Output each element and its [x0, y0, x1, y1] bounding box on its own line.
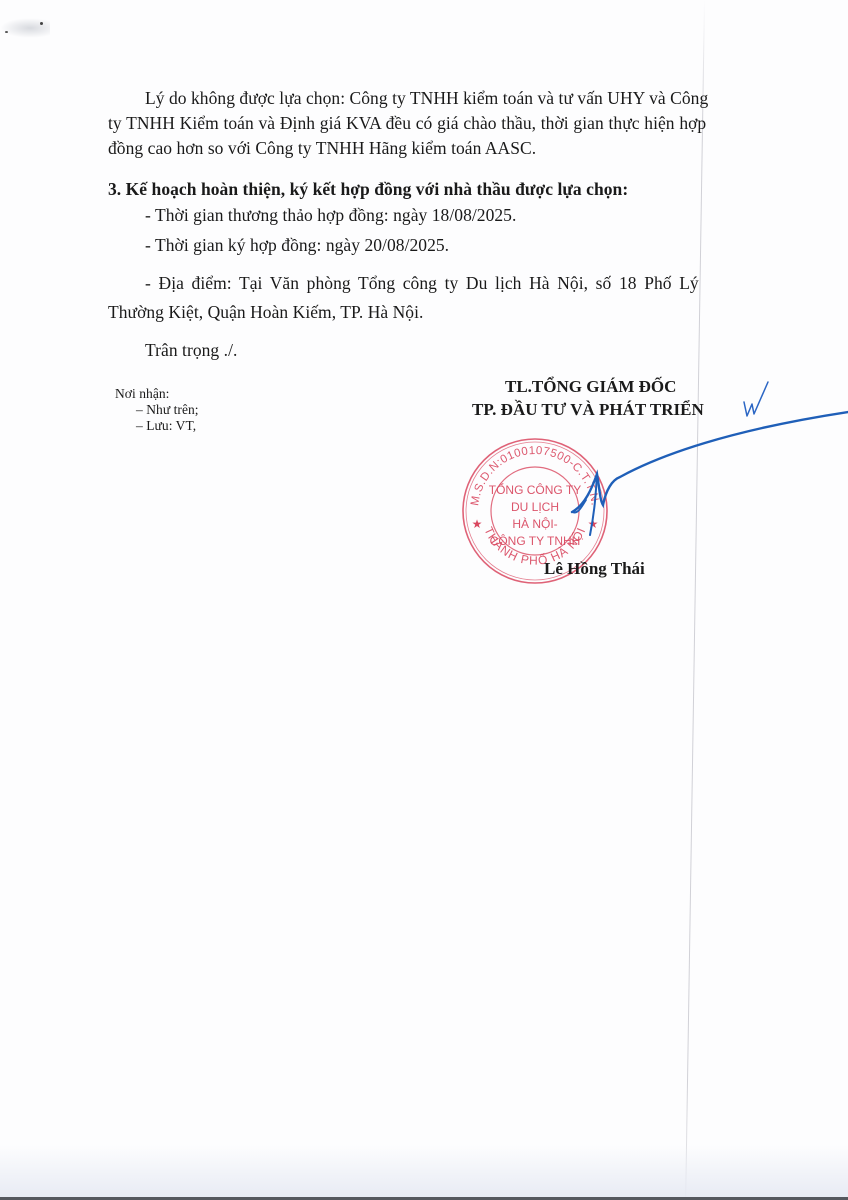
recipients-label: Nơi nhận: — [115, 386, 169, 402]
section-3-item-negotiation-date: - Thời gian thương thảo hợp đồng: ngày 1… — [145, 203, 516, 228]
seal-inner-line: CÔNG TY TNHH — [490, 533, 581, 548]
recipient-item: – Như trên; — [136, 402, 199, 418]
recipient-item: – Lưu: VT, — [136, 418, 196, 434]
section-3-item-signing-date: - Thời gian ký hợp đồng: ngày 20/08/2025… — [145, 233, 449, 258]
seal-top-text: M.S.D.N:0100107500-C.T.T.N. — [469, 445, 601, 507]
scan-artifact-bottom-band — [0, 1145, 848, 1200]
seal-star-left: ★ — [472, 517, 483, 531]
seal-inner-line: DU LỊCH — [511, 500, 559, 514]
svg-text:M.S.D.N:0100107500-C.T.T.N.: M.S.D.N:0100107500-C.T.T.N. — [469, 445, 601, 507]
seal-inner-line: HÀ NỘI- — [512, 516, 557, 531]
section-3-heading: 3. Kế hoạch hoàn thiện, ký kết hợp đồng … — [108, 177, 628, 202]
reason-line-2: ty TNHH Kiểm toán và Định giá KVA đều có… — [108, 111, 706, 136]
signature-title-2: TP. ĐẦU TƯ VÀ PHÁT TRIỂN — [472, 400, 704, 420]
signer-name: Lê Hồng Thái — [544, 559, 645, 579]
scan-artifact-line — [685, 0, 705, 1200]
signature-title-1: TL.TỔNG GIÁM ĐỐC — [505, 377, 676, 397]
reason-line-3: đồng cao hơn so với Công ty TNHH Hãng ki… — [108, 136, 536, 161]
reason-line-1: Lý do không được lựa chọn: Công ty TNHH … — [145, 86, 708, 111]
seal-inner-line: TỔNG CÔNG TY — [489, 482, 581, 497]
section-3-item-location-cont: Thường Kiệt, Quận Hoàn Kiếm, TP. Hà Nội. — [108, 300, 423, 325]
scan-artifact-smudge — [0, 18, 50, 38]
initial-mark — [742, 380, 770, 420]
closing-text: Trân trọng ./. — [145, 338, 237, 363]
seal-star-right: ★ — [588, 517, 599, 531]
section-3-item-location: - Địa điểm: Tại Văn phòng Tổng công ty D… — [145, 271, 699, 296]
